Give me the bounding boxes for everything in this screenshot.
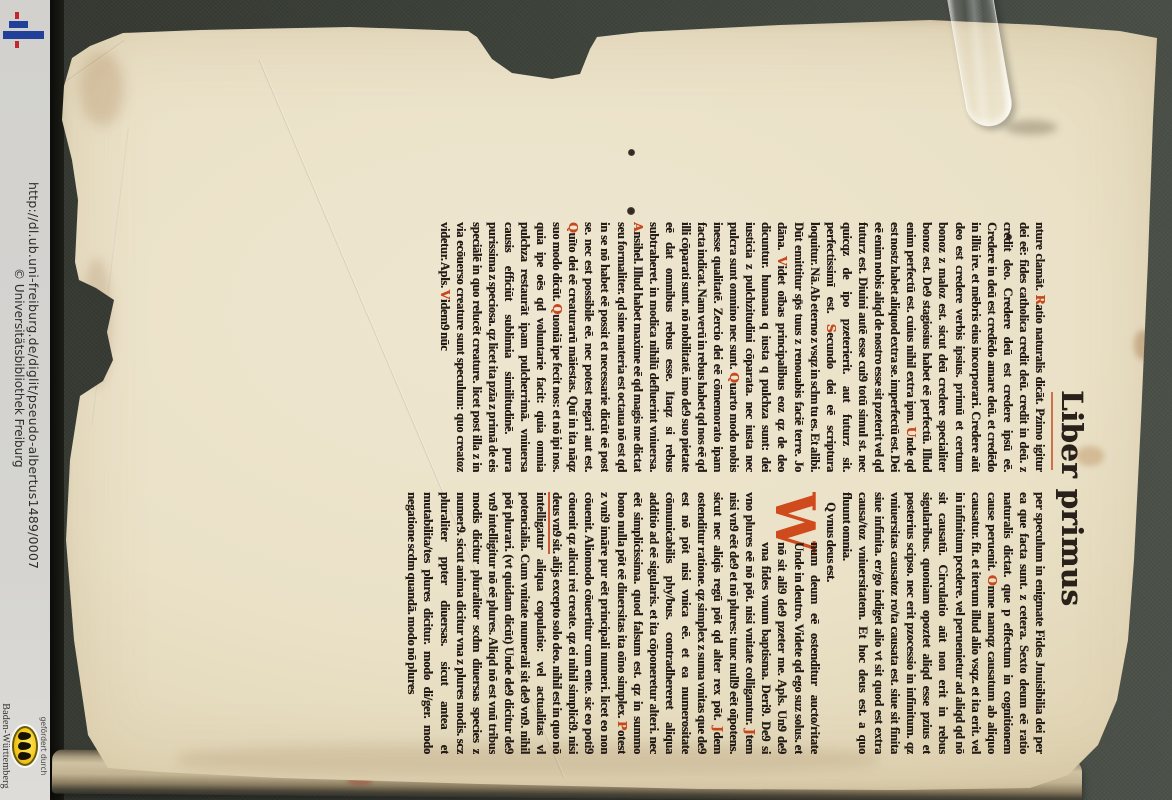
logo-blue-bar — [3, 31, 44, 39]
metadata-sidebar: http://dl.ub.uni-freiburg.de/diglit/pseu… — [0, 0, 50, 800]
running-title: Liber primus — [1042, 390, 1100, 566]
rubricated-initial: W — [761, 492, 823, 542]
logo-blue-bar — [9, 21, 28, 28]
paragraph: nture clamāt. Ratio naturalis dicāt. Pzi… — [436, 222, 1048, 472]
text-column-left: nture clamāt. Ratio naturalis dicāt. Pzi… — [276, 222, 1048, 472]
funding-region-label: Baden-Württemberg — [0, 703, 11, 788]
chapter-heading-line: Q vnus deus est. — [823, 492, 839, 754]
paragraph: per speculum in enigmate Fides Jnuisibil… — [839, 492, 1048, 754]
wormhole-dot — [627, 207, 635, 215]
baden-wuerttemberg-coat-of-arms-icon — [12, 726, 38, 766]
lion-glyph — [19, 742, 32, 750]
digitized-book-scan-viewer: Liber primus nture clamāt. Ratio natural… — [0, 0, 1172, 800]
logo-red-bar — [15, 12, 19, 19]
foxing-stain — [80, 52, 124, 126]
persistent-url-label: http://dl.ub.uni-freiburg.de/diglit/pseu… — [25, 182, 41, 606]
text-column-right: per speculum in enigmate Fides Jnuisibil… — [272, 492, 1048, 754]
funding-caption: gefördert durch — [39, 717, 48, 776]
logo-red-bar — [15, 41, 19, 48]
running-title-text: Liber primus — [1055, 390, 1089, 606]
funding-badge: gefördert durch Baden-Württemberg — [0, 690, 48, 800]
scanner-gutter-shadow — [50, 0, 64, 800]
copyright-label: © Universitätsbibliothek Freiburg — [12, 268, 26, 518]
lion-glyph — [19, 732, 32, 740]
rod-shadow — [1005, 120, 1057, 135]
paragraph: Wnum deum eē ostenditur aucto/ritate Und… — [404, 492, 822, 754]
rubric-underline — [1051, 392, 1053, 470]
wormhole-dot — [628, 149, 635, 156]
manuscript-page: Liber primus nture clamāt. Ratio natural… — [58, 18, 1166, 794]
lion-glyph — [19, 752, 32, 760]
